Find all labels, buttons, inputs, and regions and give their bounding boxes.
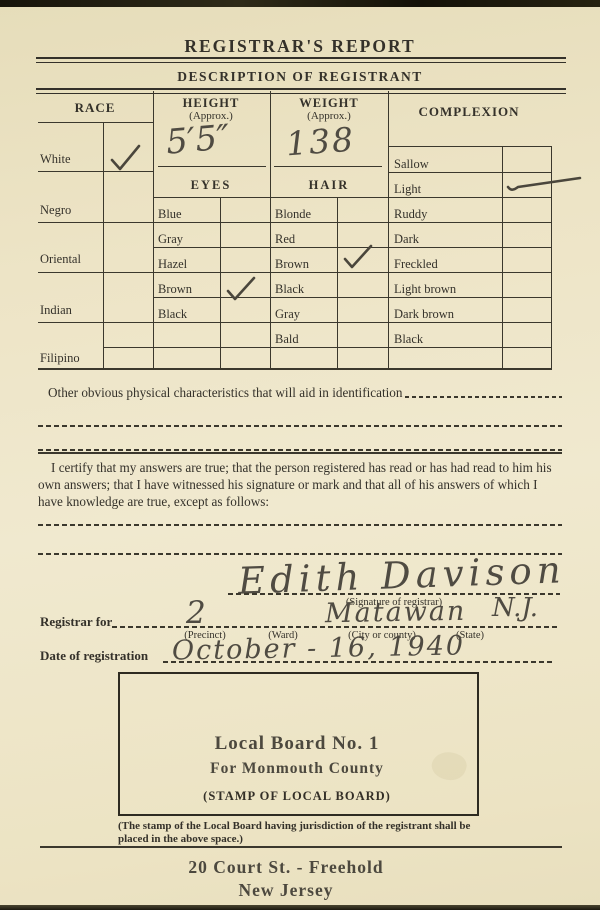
section-divider-solid (38, 452, 562, 454)
light-complexion-checkmark-icon (504, 174, 584, 196)
local-board-stamp-line2: For Monmouth County (210, 760, 384, 778)
table-line (388, 91, 389, 368)
height-header: HEIGHT (183, 96, 240, 111)
weight-value: 138 (285, 120, 357, 164)
brown-eyes-checkmark-icon (224, 275, 258, 303)
eyes-option-black: Black (158, 307, 187, 322)
table-line (274, 166, 382, 167)
registrars-report-document: REGISTRAR'S REPORT DESCRIPTION OF REGIST… (0, 0, 600, 910)
stamp-instruction-note: (The stamp of the Local Board having jur… (118, 820, 496, 846)
table-top-rule (36, 88, 566, 94)
white-race-checkmark-icon (108, 143, 144, 173)
fill-in-line (405, 396, 563, 398)
complexion-option-light: Light (394, 182, 421, 197)
hair-option-black: Black (275, 282, 304, 297)
table-line (270, 91, 271, 368)
local-board-stamp-line1: Local Board No. 1 (215, 733, 380, 755)
table-line (38, 322, 552, 323)
eyes-option-brown: Brown (158, 282, 192, 297)
title-rule (36, 57, 566, 63)
board-address-line1: 20 Court St. - Freehold (188, 857, 383, 878)
hair-option-red: Red (275, 232, 295, 247)
section-subtitle: DESCRIPTION OF REGISTRANT (177, 69, 423, 85)
registrar-for-label: Registrar for (40, 614, 112, 630)
table-line (158, 166, 266, 167)
race-option-indian: Indian (40, 303, 72, 318)
registrar-city-value: Matawan (325, 596, 467, 629)
date-of-registration-value: October - 16, 1940 (172, 630, 466, 666)
certification-text: I certify that my answers are true; that… (38, 459, 562, 510)
table-bottom-rule (38, 368, 552, 370)
complexion-option-black: Black (394, 332, 423, 347)
weight-header: WEIGHT (299, 96, 359, 111)
table-line (153, 197, 552, 198)
height-value: 5′5″ (164, 117, 231, 162)
table-line (103, 122, 104, 368)
hair-option-blonde: Blonde (275, 207, 311, 222)
table-line (38, 122, 153, 123)
eyes-option-blue: Blue (158, 207, 182, 222)
table-line (388, 146, 552, 147)
race-header: RACE (75, 100, 116, 116)
hair-option-gray: Gray (275, 307, 300, 322)
hair-option-brown: Brown (275, 257, 309, 272)
blank-write-line (38, 425, 562, 427)
table-line (38, 272, 552, 273)
blank-write-line (38, 524, 562, 526)
eyes-header: EYES (191, 178, 232, 193)
hair-header: HAIR (309, 178, 350, 193)
registrar-state-value: N.J. (492, 593, 538, 623)
date-of-registration-label: Date of registration (40, 648, 148, 664)
table-line (153, 297, 552, 298)
section-divider-dashed (38, 449, 562, 451)
complexion-option-dark-brown: Dark brown (394, 307, 454, 322)
complexion-option-light-brown: Light brown (394, 282, 456, 297)
footer-rule (40, 846, 562, 848)
complexion-header: COMPLEXION (419, 104, 520, 120)
board-address-line2: New Jersey (238, 880, 333, 901)
brown-hair-checkmark-icon (341, 243, 375, 271)
complexion-option-ruddy: Ruddy (394, 207, 427, 222)
race-option-negro: Negro (40, 203, 71, 218)
scan-edge-top (0, 0, 600, 7)
complexion-option-freckled: Freckled (394, 257, 438, 272)
race-option-filipino: Filipino (40, 351, 80, 366)
eyes-option-hazel: Hazel (158, 257, 187, 272)
table-line (388, 172, 552, 173)
table-line (38, 222, 552, 223)
other-characteristics-row: Other obvious physical characteristics t… (48, 385, 562, 401)
page-title: REGISTRAR'S REPORT (184, 36, 415, 57)
hair-option-bald: Bald (275, 332, 299, 347)
registrar-precinct-value: 2 (186, 595, 206, 631)
scan-edge-bottom (0, 905, 600, 910)
complexion-option-sallow: Sallow (394, 157, 429, 172)
complexion-option-dark: Dark (394, 232, 419, 247)
eyes-option-gray: Gray (158, 232, 183, 247)
stamp-of-local-board-label: (STAMP OF LOCAL BOARD) (203, 789, 391, 804)
race-option-white: White (40, 152, 71, 167)
table-line (502, 146, 503, 368)
race-option-oriental: Oriental (40, 252, 81, 267)
other-characteristics-label: Other obvious physical characteristics t… (48, 385, 403, 401)
table-line (153, 91, 154, 368)
table-line (103, 347, 552, 348)
